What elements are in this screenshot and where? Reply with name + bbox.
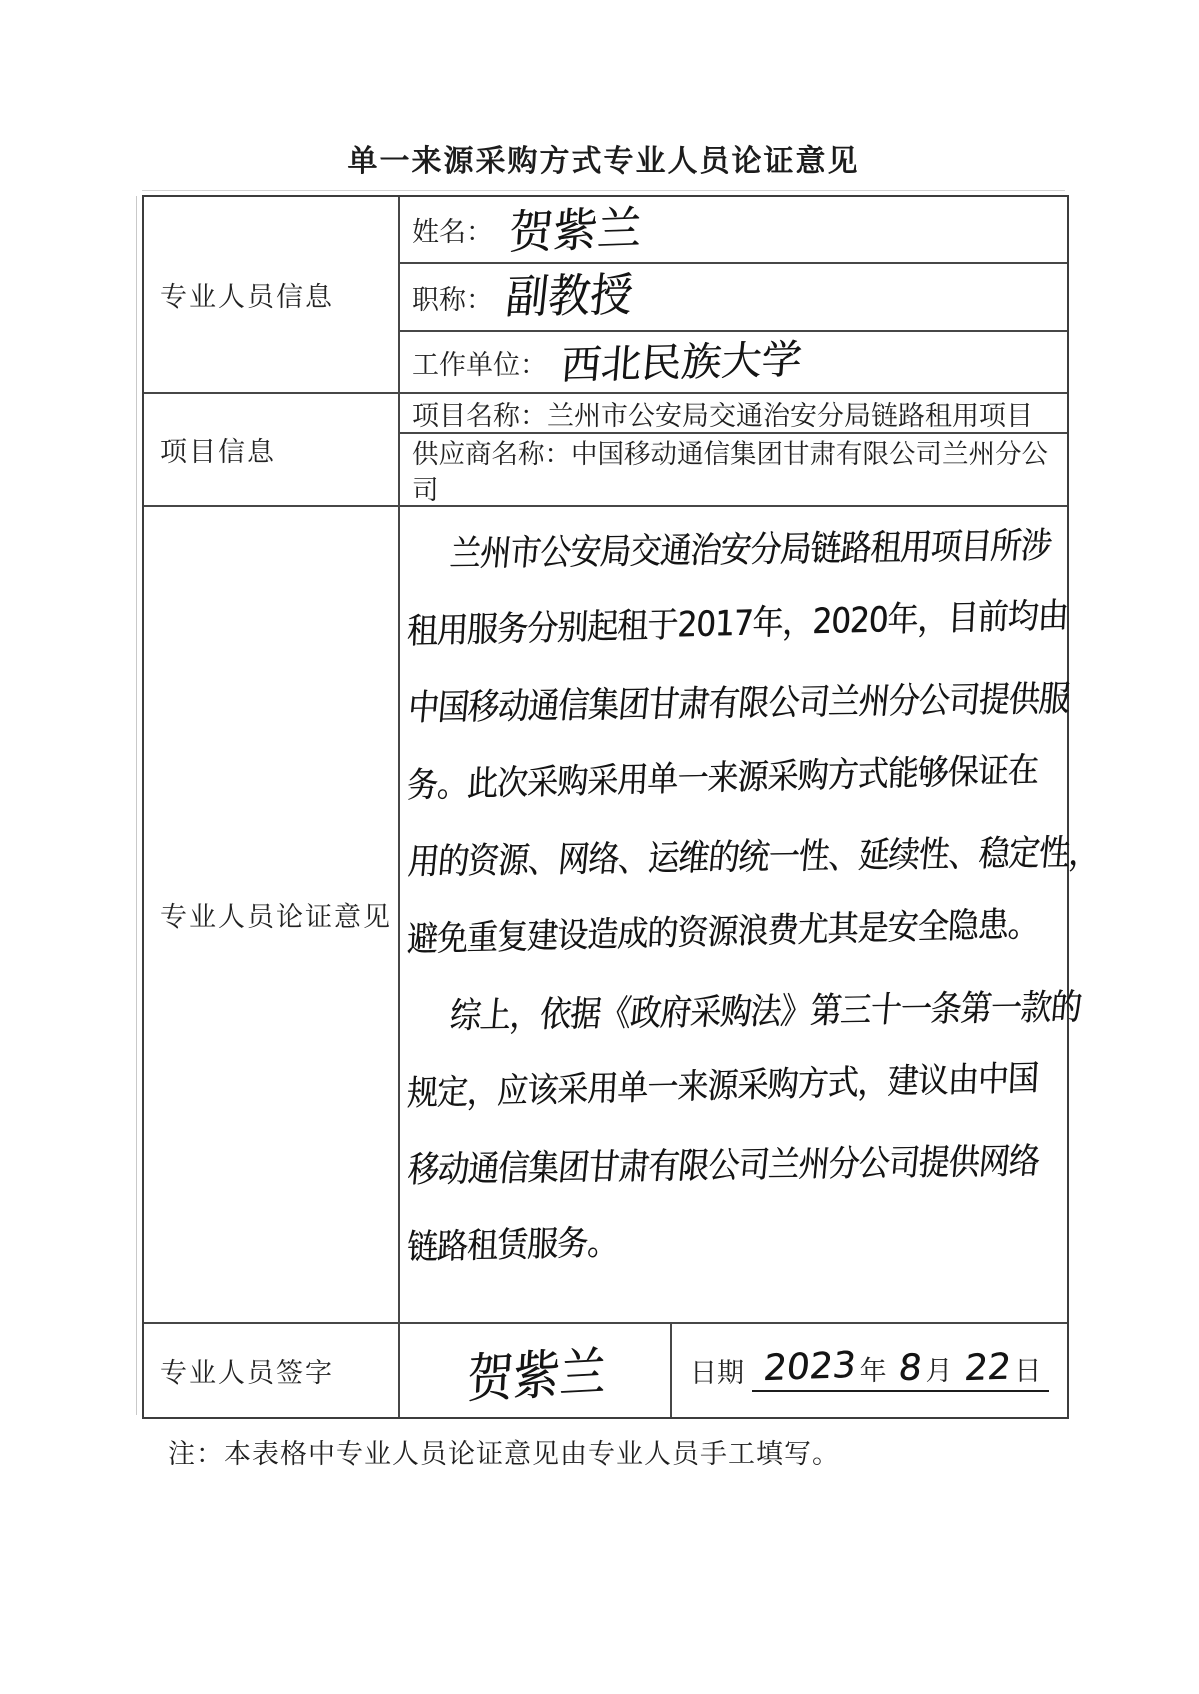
supplier-name-cell: 供应商名称：中国移动通信集团甘肃有限公司兰州分公司 <box>400 434 1067 507</box>
opinion-line-text: 综上，依据《政府采购法》第三十一条第一款的 <box>448 977 1084 1038</box>
title-field-label: 职称： <box>412 278 493 317</box>
unit-field-label: 工作单位： <box>412 343 547 382</box>
opinion-line-text: 避免重复建设造成的资源浪费尤其是安全隐患。 <box>406 895 1039 961</box>
personnel-info-label: 专业人员信息 <box>160 275 334 314</box>
opinion-line: 务。此次采购采用单一来源采购方式能够保证在 <box>400 746 1067 823</box>
opinion-line-text: 租用服务分别起租于2017年，2020年，目前均由 <box>406 586 1069 653</box>
date-cell: 日期 2023 年 8 月 22 日 <box>672 1324 1067 1417</box>
date-month-suffix: 月 <box>926 1349 953 1388</box>
opinion-line-text: 务。此次采购采用单一来源采购方式能够保证在 <box>406 741 1039 807</box>
date-year-handwritten: 2023 <box>762 1351 857 1384</box>
project-info-label: 项目信息 <box>160 430 276 469</box>
opinion-label: 专业人员论证意见 <box>160 895 392 934</box>
opinion-line: 规定，应该采用单一来源采购方式，建议由中国 <box>400 1054 1067 1131</box>
signature-label-cell: 专业人员签字 <box>144 1324 400 1417</box>
opinion-line: 租用服务分别起租于2017年，2020年，目前均由 <box>400 592 1067 669</box>
opinion-line: 兰州市公安局交通治安分局链路租用项目所涉 <box>400 515 1067 592</box>
opinion-line: 综上，依据《政府采购法》第三十一条第一款的 <box>400 977 1067 1054</box>
form-table: 专业人员信息 姓名： 贺紫兰 职称： 副教授 工作单位： 西北民族大学 项目信息… <box>142 195 1069 1419</box>
unit-handwritten-value: 西北民族大学 <box>559 327 804 390</box>
project-name-label: 项目名称： <box>412 394 547 433</box>
opinion-line-text: 规定，应该采用单一来源采购方式，建议由中国 <box>406 1049 1039 1115</box>
name-handwritten-value: 贺紫兰 <box>507 190 644 262</box>
signature-label: 专业人员签字 <box>160 1351 334 1390</box>
date-day-suffix: 日 <box>1014 1349 1041 1388</box>
signature-handwritten: 贺紫兰 <box>466 1330 609 1413</box>
opinion-line-text: 移动通信集团甘肃有限公司兰州分公司提供网络 <box>406 1131 1042 1192</box>
date-month-handwritten: 8 <box>897 1353 923 1384</box>
opinion-line: 移动通信集团甘肃有限公司兰州分公司提供网络 <box>400 1131 1067 1208</box>
opinion-label-cell: 专业人员论证意见 <box>144 507 400 1324</box>
opinion-line-text: 链路租赁服务。 <box>406 1213 619 1269</box>
page-title: 单一来源采购方式专业人员论证意见 <box>142 136 1065 180</box>
date-label: 日期 <box>690 1351 744 1390</box>
name-field-label: 姓名： <box>412 210 493 249</box>
opinion-content-cell: 兰州市公安局交通治安分局链路租用项目所涉 租用服务分别起租于2017年，2020… <box>400 507 1067 1324</box>
title-field-cell: 职称： 副教授 <box>400 264 1067 332</box>
scan-artifact-line <box>136 196 137 1415</box>
signature-cell: 贺紫兰 <box>400 1324 672 1417</box>
project-name-cell: 项目名称： 兰州市公安局交通治安分局链路租用项目 <box>400 394 1067 434</box>
opinion-line: 用的资源、网络、运维的统一性、延续性、稳定性， <box>400 823 1067 900</box>
opinion-line: 避免重复建设造成的资源浪费尤其是安全隐患。 <box>400 900 1067 977</box>
opinion-line-text: 用的资源、网络、运维的统一性、延续性、稳定性， <box>406 823 1102 884</box>
unit-field-cell: 工作单位： 西北民族大学 <box>400 332 1067 394</box>
opinion-line-text: 兰州市公安局交通治安分局链路租用项目所涉 <box>448 516 1054 576</box>
name-field-cell: 姓名： 贺紫兰 <box>400 197 1067 264</box>
title-handwritten-value: 副教授 <box>503 259 636 327</box>
date-blank-line: 2023 年 8 月 22 日 <box>752 1349 1049 1392</box>
project-info-label-cell: 项目信息 <box>144 394 400 507</box>
date-day-handwritten: 22 <box>963 1352 1012 1384</box>
project-name-value: 兰州市公安局交通治安分局链路租用项目 <box>547 394 1033 433</box>
opinion-line-text: 中国移动通信集团甘肃有限公司兰州分公司提供服 <box>406 669 1072 730</box>
personnel-info-label-cell: 专业人员信息 <box>144 197 400 394</box>
supplier-name-label: 供应商名称： <box>412 439 571 469</box>
date-year-suffix: 年 <box>860 1349 887 1388</box>
opinion-line: 中国移动通信集团甘肃有限公司兰州分公司提供服 <box>400 669 1067 746</box>
scanned-form-page: 单一来源采购方式专业人员论证意见 专业人员信息 姓名： 贺紫兰 职称： 副教授 … <box>0 0 1199 1694</box>
footer-note: 注：本表格中专业人员论证意见由专业人员手工填写。 <box>168 1432 840 1471</box>
opinion-line: 链路租赁服务。 <box>400 1208 1067 1285</box>
